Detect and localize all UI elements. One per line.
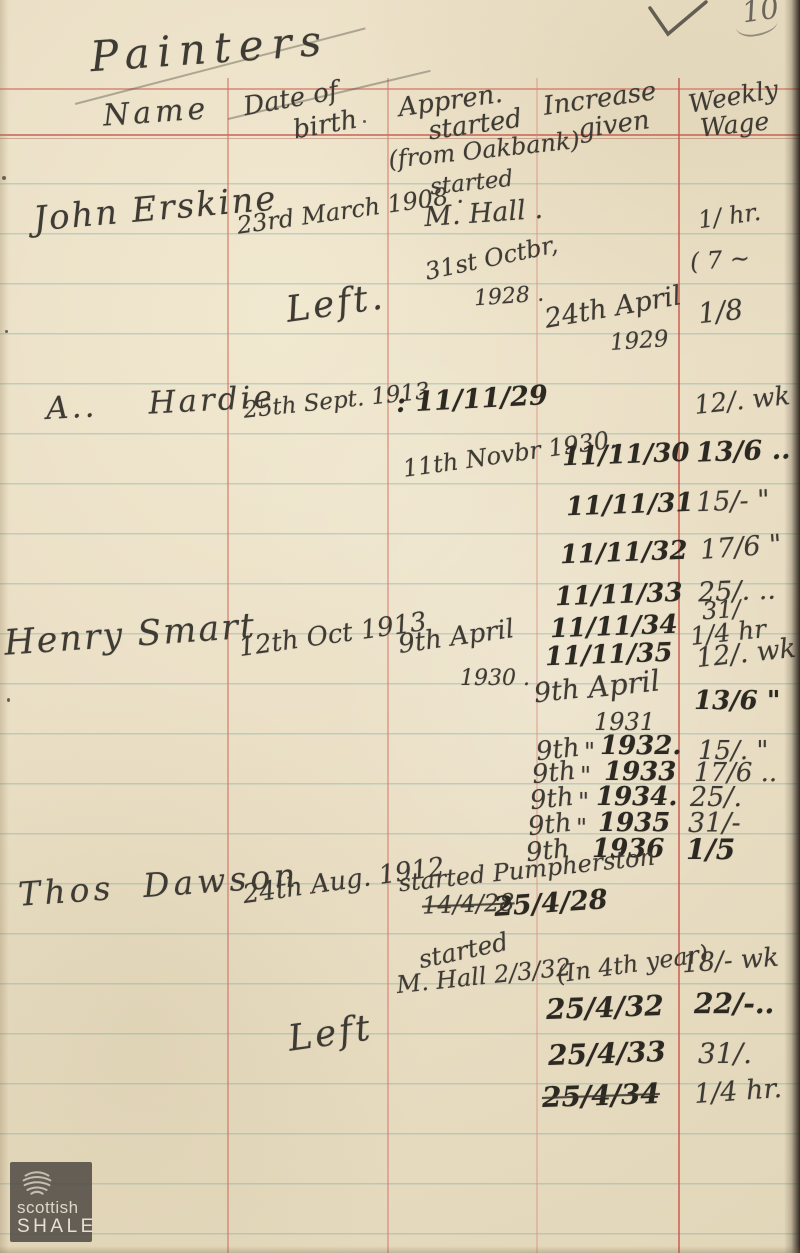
increase-month: April [587,666,662,702]
ink-dot [5,330,8,333]
scottish-shale-logo: scottish SHALE [10,1162,92,1242]
wage-value: 1/8 [697,296,745,329]
entry-name: Henry Smart [3,609,257,662]
pencil-check-icon [640,0,712,42]
increase-year: 1934. [596,784,677,810]
appren-year: 1930 . [460,668,530,690]
wage-value: 17/6 " [699,531,782,564]
increase-date: 11/11/32 [560,538,688,568]
wage-value: 31/. [698,1040,752,1068]
appren-date: 31st Octbr, [423,232,560,283]
wage-value: 13/6 " [694,688,780,714]
wage-value: 22/-.. [694,990,774,1018]
ditto-mark: " [578,790,589,814]
ditto-mark: " [580,764,591,788]
ruled-lines [0,183,800,1253]
increase-date: 11/11/31 [566,490,694,520]
ditto-mark: " [576,816,587,840]
increase-year: 1935 [598,810,670,836]
increase-date-struck: 25/4/34 [542,1080,661,1112]
ink-dot [2,176,6,180]
column-line-2 [387,78,389,1253]
column-line-1 [227,78,229,1253]
red-rule-header [0,134,800,136]
red-rule-header-2 [0,138,800,139]
left-note: Left [286,1010,375,1057]
column-header-name: Name [102,94,210,131]
left-note: Left. [284,279,387,328]
increase-year: 1932. [600,733,681,759]
wage-value: 1/ hr. [697,200,763,233]
increase-day: 9th [533,676,581,708]
page-title: Painters [89,20,331,79]
wage-value: 13/6 .. [696,436,791,466]
appren-place: M. Hall . [423,196,543,231]
red-rule-top [0,88,800,90]
wage-value: 25/. [690,784,742,811]
appren-started: started [429,168,514,200]
increase-date: 25/4/32 [546,992,665,1024]
ink-dot [363,120,366,123]
wage-value: 18/- wk [681,945,779,978]
page-number-underline [735,19,779,39]
column-header-increase-2: given [577,107,652,143]
appren-year: 1928 . [473,284,544,311]
column-header-wage-2: Wage [699,108,770,140]
wage-note: ( 7 ~ [689,246,751,274]
wage-value: 15/- " [696,487,770,517]
appren-date: 25/4/28 [493,886,608,921]
wage-value: 12/. wk [693,383,792,419]
increase-date: 25/4/33 [548,1038,667,1070]
increase-date: 11/11/30 [562,440,690,470]
wage-value: 1/4 hr. [693,1075,783,1108]
column-line-4 [678,78,680,1253]
globe-icon [17,1167,57,1198]
increase-date: 24th April [543,282,684,333]
ledger-page: 10 Painters Name Date of birth Appren. s… [0,0,800,1253]
ditto-mark: " [584,740,595,764]
increase-year: 1929 [609,328,669,355]
entry-name: A.. Hardie [45,382,275,425]
increase-date: 11/11/33 [555,580,683,610]
page-edge-bottom [0,1246,800,1253]
logo-text-shale: SHALE [17,1217,97,1238]
logo-text-scottish: scottish [17,1198,79,1218]
ink-dot [7,698,10,702]
page-edge-right [784,0,800,1253]
wage-value: 1/5 [686,836,735,864]
appren-date: : 11/11/29 [395,382,548,417]
